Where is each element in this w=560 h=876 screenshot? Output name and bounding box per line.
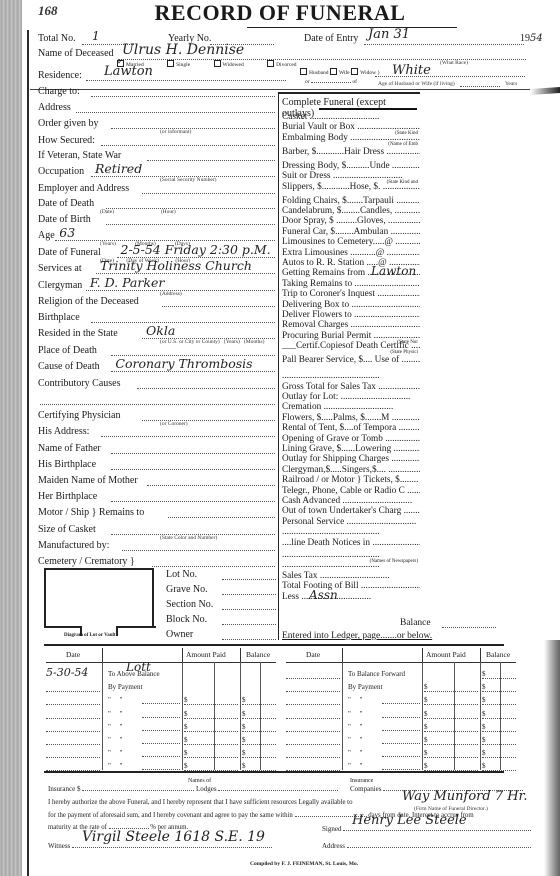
auth-line-2-text: for the payment of aforesaid sum, and I … xyxy=(48,812,293,819)
ledger-balance[interactable]: $ xyxy=(482,710,516,719)
husband-label: Husband xyxy=(309,70,329,76)
date-of-entry-line xyxy=(364,44,524,45)
ledger-description: " " xyxy=(108,696,122,704)
charge-dots: .............................. xyxy=(386,216,420,226)
field-label: Maiden Name of Mother xyxy=(38,475,138,486)
charge-label: Procuring Burial Permit xyxy=(282,331,371,341)
field-label: How Secured: xyxy=(38,135,95,146)
charge-dots: .............................. xyxy=(344,517,416,527)
divorced-label: Divorced xyxy=(276,62,296,68)
signed-value[interactable]: Henry Lee Steele xyxy=(352,813,467,828)
ledger-description: " " xyxy=(108,762,122,770)
ledger-amount[interactable]: $ xyxy=(184,723,238,732)
charge-item[interactable]: Rental of Tent, $....of Tempora ........… xyxy=(282,423,420,433)
ledger-balance[interactable]: $ xyxy=(242,723,276,732)
ledger-date[interactable] xyxy=(286,736,340,745)
ledger-date[interactable] xyxy=(46,736,100,745)
year-prefix: 19 xyxy=(520,33,530,44)
field-input[interactable] xyxy=(111,453,275,454)
charge-item[interactable]: Out of town Undertaker's Charg .........… xyxy=(282,506,420,516)
lot-field-label: Block No. xyxy=(166,614,207,625)
field-row: Place of Death xyxy=(38,345,97,356)
lot-field-row: Section No. xyxy=(166,599,213,610)
field-row: Date of Funeral xyxy=(38,247,101,258)
witness-label: Witness xyxy=(48,842,70,850)
field-value[interactable]: 63 xyxy=(59,225,75,240)
single-label: Single xyxy=(176,62,190,68)
charge-dots: .............................. xyxy=(386,465,420,475)
checkbox-divorced[interactable] xyxy=(267,60,274,67)
field-row: Occupation xyxy=(38,166,84,177)
ledger-divider xyxy=(240,648,241,662)
ledger-column-rule xyxy=(422,662,423,770)
ledger-detail-line xyxy=(142,696,180,704)
checkbox-husband[interactable] xyxy=(300,68,307,75)
balance-row: Balance xyxy=(400,618,431,628)
ledger-column-rule xyxy=(102,662,103,770)
field-input[interactable] xyxy=(111,128,275,129)
field-label: Resided in the State xyxy=(38,328,118,339)
wife-label: Wife xyxy=(339,70,350,76)
checkbox-single[interactable] xyxy=(167,60,174,67)
ledger-description: " " xyxy=(348,710,362,718)
charge-label: Lining Grave, $......Lowering xyxy=(282,444,391,454)
charge-item[interactable]: Cash Advanced ..........................… xyxy=(282,496,420,506)
ledger-amount[interactable]: $ xyxy=(424,723,478,732)
ledger-detail-line xyxy=(382,696,420,704)
address-field[interactable] xyxy=(347,847,531,848)
lot-field-input[interactable] xyxy=(222,639,276,640)
charge-dots: .............................. xyxy=(384,248,420,258)
charge-label: Opening of Grave or Tomb xyxy=(282,434,383,444)
field-row: Certifying Physician xyxy=(38,410,121,421)
insurance-row: Insurance $ Lodges xyxy=(48,785,338,793)
charge-item[interactable]: Telegr., Phone, Cable or Radio C .......… xyxy=(282,486,420,496)
lot-field-input[interactable] xyxy=(222,594,276,595)
ledger-column-rule xyxy=(214,662,215,770)
charge-item[interactable]: Folding Chairs, $.......Tarpauli .......… xyxy=(282,196,420,206)
lot-field-label: Lot No. xyxy=(166,569,197,580)
charge-label: Removal Charges xyxy=(282,320,348,330)
widow-label: Widow xyxy=(360,70,376,76)
ledger-date[interactable] xyxy=(286,749,340,758)
witness-line xyxy=(72,847,272,848)
ledger-date[interactable] xyxy=(46,723,100,732)
charge-item[interactable]: Gross Total for Sales Tax ..............… xyxy=(282,382,420,392)
field-row: Employer and Address xyxy=(38,183,129,194)
ledger-date[interactable] xyxy=(286,670,340,679)
ledger-divider xyxy=(182,648,183,662)
charge-dots: .............................. xyxy=(389,413,420,423)
signed-label: Signed xyxy=(322,825,341,833)
insurance-label: Insurance $ xyxy=(48,785,80,793)
ledger-column-header: Amount Paid xyxy=(186,650,226,659)
field-value[interactable]: Trinity Holiness Church xyxy=(100,258,252,273)
spouse-of: of xyxy=(352,79,357,85)
field-caption: (Social Security Number) xyxy=(160,177,217,183)
field-label: Motor / Ship } Remains to xyxy=(38,507,144,518)
field-value[interactable]: F. D. Parker xyxy=(90,275,164,290)
ledger-detail-line xyxy=(382,710,420,718)
charge-label: Getting Remains from xyxy=(282,268,365,278)
ledger-column-rule xyxy=(260,662,261,770)
ledger-bottom-rule xyxy=(44,771,504,773)
field-label: Date of Funeral xyxy=(38,247,101,258)
charge-item[interactable]: Cremation .............................. xyxy=(282,402,420,412)
field-label: Charge to: xyxy=(38,86,80,97)
checkbox-widow[interactable] xyxy=(351,68,358,75)
charge-item[interactable]: Taking Remains to ......................… xyxy=(282,279,420,289)
charge-label: Flowers, $.....Palms, $.......M xyxy=(282,413,389,423)
ledger-amount[interactable] xyxy=(184,683,238,692)
field-input[interactable] xyxy=(162,306,275,307)
ledger-description: By Payment xyxy=(108,683,142,691)
ledger-amount[interactable] xyxy=(184,670,238,679)
ledger-description: " " xyxy=(348,762,362,770)
field-input[interactable] xyxy=(111,469,275,470)
charge-label: Outlay for Lot: xyxy=(282,392,338,402)
charge-item[interactable]: Pall Bearer Service, $.... Use of ......… xyxy=(282,355,420,365)
charge-item[interactable]: Delivering Box to ......................… xyxy=(282,300,420,310)
charge-dots: .............................. xyxy=(370,538,420,548)
name-label: Name of Deceased xyxy=(38,48,114,59)
marital-widowed[interactable]: Widowed xyxy=(214,62,244,68)
charge-item[interactable]: Total Footing of Bill ..................… xyxy=(282,581,420,591)
race-value[interactable]: White xyxy=(392,63,431,78)
ledger-amount[interactable]: $ xyxy=(184,736,238,745)
diagram-leg xyxy=(116,626,118,636)
ledger-date[interactable]: 5-30-54 xyxy=(46,666,100,675)
field-caption: (State Color and Number) xyxy=(160,535,217,541)
ledger-amount[interactable]: $ xyxy=(424,736,478,745)
field-label: His Birthplace xyxy=(38,459,96,470)
name-row: Name of Deceased xyxy=(38,48,114,59)
charge-dots: .............................. xyxy=(321,402,393,412)
auth-line-1: I hereby authorize the above Funeral, an… xyxy=(48,799,352,806)
field-row: Services at xyxy=(38,263,82,274)
field-value[interactable]: Coronary Thrombosis xyxy=(115,356,252,371)
lot-field-input[interactable] xyxy=(222,624,276,625)
charge-dots: .............................. xyxy=(352,279,420,289)
field-caption: (Date) (Hour) xyxy=(100,209,176,215)
charge-dots: .............................. xyxy=(383,434,420,444)
charge-item[interactable]: Opening of Grave or Tomb ...............… xyxy=(282,434,420,444)
lot-field-label: Owner xyxy=(166,629,193,640)
race-caption: (What Race) xyxy=(440,60,468,66)
total-no-value[interactable]: 1 xyxy=(92,29,100,43)
ledger-balance[interactable]: $ xyxy=(242,736,276,745)
field-row: Size of Casket xyxy=(38,524,96,535)
ledger-date[interactable] xyxy=(46,749,100,758)
charge-label: Gross Total for Sales Tax xyxy=(282,382,376,392)
residence-line xyxy=(86,80,286,81)
field-input[interactable] xyxy=(142,193,275,194)
ledger-balance[interactable] xyxy=(242,670,276,679)
field-input[interactable] xyxy=(147,485,275,486)
charge-item[interactable]: Clergyman,$.....Singers,$.... ..........… xyxy=(282,465,420,475)
charge-dots: .............................. xyxy=(384,147,420,157)
ledger-description: " " xyxy=(348,749,362,757)
field-caption: (or informant) xyxy=(160,129,191,135)
field-row: Address xyxy=(38,102,71,113)
charge-dots: .............................. xyxy=(389,454,420,464)
lodges-label-top: Names of xyxy=(188,778,211,784)
charge-value[interactable]: Lawton xyxy=(371,264,416,278)
compiled-by: Compiled by F. J. FEINEMAN, St. Louis, M… xyxy=(250,861,358,867)
date-of-entry-value[interactable]: Jan 31 xyxy=(368,27,410,42)
ledger-balance[interactable]: $ xyxy=(482,683,516,692)
lot-field-row: Grave No. xyxy=(166,584,208,595)
charge-item[interactable]: Funeral Car, $........Ambulan ..........… xyxy=(282,227,420,237)
field-input[interactable] xyxy=(168,517,276,518)
charge-label: Taking Remains to xyxy=(282,279,352,289)
field-input[interactable] xyxy=(111,501,275,502)
ledger-date[interactable] xyxy=(46,683,100,692)
year-value[interactable]: 54 xyxy=(530,33,543,44)
lot-field-input[interactable] xyxy=(222,579,276,580)
field-label: His Address: xyxy=(38,426,89,437)
charge-label: Out of town Undertaker's Charg xyxy=(282,506,401,516)
charge-item[interactable]: Door Spray, $ .........Gloves, .........… xyxy=(282,216,420,226)
lot-field-input[interactable] xyxy=(222,609,276,610)
charge-dots: .............................. xyxy=(376,382,420,392)
charge-label: Slippers, $............Hose, $. xyxy=(282,182,380,192)
ledger-balance[interactable]: $ xyxy=(242,710,276,719)
ledger-balance[interactable]: $ xyxy=(482,723,516,732)
widowed-label: Widowed xyxy=(223,62,244,68)
field-label: Place of Death xyxy=(38,345,97,356)
firm-name-value[interactable]: Way Munford 7 Hr. xyxy=(402,789,527,804)
field-row: Religion of the Deceased xyxy=(38,296,139,307)
charge-label: Clergyman,$.....Singers,$.... xyxy=(282,465,386,475)
field-input[interactable] xyxy=(147,160,275,161)
field-input[interactable] xyxy=(91,96,275,97)
title-rule xyxy=(247,27,457,28)
charge-item[interactable]: Outlay for Lot: ........................… xyxy=(282,392,420,402)
field-input[interactable] xyxy=(40,404,275,405)
field-value[interactable]: Retired xyxy=(95,161,142,176)
charge-label: Limousines to Cemetery.....@ xyxy=(282,237,393,247)
marital-single[interactable]: Single xyxy=(167,62,190,68)
total-no-label: Total No. xyxy=(38,33,76,44)
charge-item[interactable]: Less .............................. xyxy=(282,592,420,602)
charge-item[interactable]: Limousines to Cemetery.....@ ...........… xyxy=(282,237,420,247)
charge-item[interactable]: Candelabrum, $........Candles, .........… xyxy=(282,206,420,216)
charge-label: Trip to Coroner's Inquest xyxy=(282,289,375,299)
field-input[interactable] xyxy=(122,550,275,551)
charge-label: Sales Tax xyxy=(282,571,318,581)
field-input[interactable] xyxy=(111,371,275,372)
charge-item[interactable]: ........................................… xyxy=(282,371,420,381)
ledger-column-header: Amount Paid xyxy=(426,650,466,659)
lot-diagram-box[interactable] xyxy=(44,568,154,628)
field-label: Her Birthplace xyxy=(38,491,97,502)
field-input[interactable] xyxy=(101,436,275,437)
field-row: If Veteran, State War xyxy=(38,150,121,161)
ledger-description: " " xyxy=(108,710,122,718)
ledger-amount[interactable]: $ xyxy=(184,749,238,758)
charge-dots: .............................. xyxy=(393,237,420,247)
charge-dots: .............................. xyxy=(359,581,420,591)
charge-label: ....line Death Notices in xyxy=(282,538,370,548)
ledger-amount[interactable]: $ xyxy=(424,683,478,692)
field-row: Cause of Death xyxy=(38,361,100,372)
charge-item[interactable]: Personal Service .......................… xyxy=(282,517,420,527)
charge-dots: .............................. xyxy=(375,289,420,299)
year-field: 1954 xyxy=(520,33,543,44)
ledger-description: " " xyxy=(348,736,362,744)
charge-dots: .............................. xyxy=(399,355,420,365)
ledger-date[interactable] xyxy=(286,683,340,692)
field-label: Name of Father xyxy=(38,443,101,454)
ledger-amount[interactable]: $ xyxy=(184,710,238,719)
charge-item[interactable]: ........................................… xyxy=(282,560,420,570)
witness-value[interactable]: Virgil Steele 1618 S.E. 19 xyxy=(82,829,265,845)
field-input[interactable] xyxy=(91,322,275,323)
field-input[interactable] xyxy=(101,145,275,146)
field-label: Address xyxy=(38,102,71,113)
charge-label: Deliver Flowers to xyxy=(282,310,352,320)
charge-item[interactable]: Dressing Body, $..........Unde .........… xyxy=(282,161,420,171)
charge-item[interactable]: Slippers, $............Hose, $. ........… xyxy=(282,182,420,192)
charges-panel: Complete Funeral (except outlays) Casket… xyxy=(278,94,420,640)
field-input[interactable] xyxy=(76,112,275,113)
ledger-detail-line xyxy=(142,710,180,718)
lot-field-label: Section No. xyxy=(166,599,213,610)
ledger-top-rule xyxy=(44,644,504,646)
charge-label: Cremation xyxy=(282,402,321,412)
ledger-column-rule xyxy=(454,662,455,770)
deceased-name-value[interactable]: Ulrus H. Dennise xyxy=(122,42,244,58)
residence-value[interactable]: Lawton xyxy=(104,64,153,79)
charge-item[interactable]: Railroad / or Motor } Tickets, $........… xyxy=(282,475,420,485)
charge-item[interactable]: Trip to Coroner's Inquest ..............… xyxy=(282,289,420,299)
charge-item[interactable]: ....line Death Notices in ..............… xyxy=(282,538,420,548)
ledger-amount[interactable]: $ xyxy=(424,710,478,719)
charge-item[interactable]: Barber, $............Hair Dress ........… xyxy=(282,147,420,157)
ledger-divider xyxy=(342,648,343,662)
charge-dots: .............................. xyxy=(349,300,420,310)
ledger-divider xyxy=(480,648,481,662)
ledger-balance[interactable]: $ xyxy=(482,696,516,705)
balance-field[interactable] xyxy=(442,627,496,628)
lodges-field[interactable] xyxy=(218,790,338,791)
charge-item[interactable]: Deliver Flowers to .....................… xyxy=(282,310,420,320)
checkbox-wife[interactable] xyxy=(330,68,337,75)
charge-label: Suit or Dress xyxy=(282,171,331,181)
residence-label: Residence: xyxy=(38,70,82,81)
field-row: His Birthplace xyxy=(38,459,96,470)
field-input[interactable] xyxy=(106,224,275,225)
field-input[interactable] xyxy=(96,273,275,274)
ledger-detail-line xyxy=(142,762,180,770)
marital-divorced[interactable]: Divorced xyxy=(267,62,296,68)
ledger-balance[interactable]: $ xyxy=(482,749,516,758)
lot-field-label: Grave No. xyxy=(166,584,208,595)
ledger-balance[interactable] xyxy=(242,683,276,692)
charge-item[interactable]: Sales Tax .............................. xyxy=(282,571,420,581)
field-value[interactable]: 2-5-54 Friday 2:30 p.M. xyxy=(121,242,271,257)
lot-field-row: Lot No. xyxy=(166,569,197,580)
charge-label: Cash Advanced xyxy=(282,496,340,506)
ledger-handwritten-note[interactable]: Lott xyxy=(126,660,151,674)
charge-item[interactable]: Lining Grave, $......Lowering ..........… xyxy=(282,444,420,454)
ledger-date[interactable] xyxy=(46,696,100,705)
ledger-amount[interactable]: $ xyxy=(424,696,478,705)
ledger-date[interactable] xyxy=(286,723,340,732)
field-label: Date of Birth xyxy=(38,214,91,225)
field-row: Date of Birth xyxy=(38,214,91,225)
charge-item[interactable]: Flowers, $.....Palms, $.......M ........… xyxy=(282,413,420,423)
field-label: Religion of the Deceased xyxy=(38,296,139,307)
spouse-age-field[interactable] xyxy=(460,86,500,87)
ledger-date[interactable] xyxy=(286,710,340,719)
charge-label: Personal Service xyxy=(282,517,344,527)
ledger-balance[interactable]: $ xyxy=(482,736,516,745)
field-caption: (Address) xyxy=(160,291,182,297)
charge-value[interactable]: Assn xyxy=(309,588,338,602)
header-divider xyxy=(30,89,530,90)
charge-label: Dressing Body, $..........Unde xyxy=(282,161,390,171)
field-row: Age xyxy=(38,230,55,241)
field-label: Certifying Physician xyxy=(38,410,121,421)
spouse-age-suffix: Years xyxy=(505,81,517,87)
ledger-balance[interactable]: $ xyxy=(242,696,276,705)
ledger-date[interactable] xyxy=(46,710,100,719)
field-row: Her Birthplace xyxy=(38,491,97,502)
field-input[interactable] xyxy=(137,388,275,389)
charge-dots: .............................. xyxy=(394,196,420,206)
spouse-age-label: Age of Husband or Wife (if living) xyxy=(378,81,455,87)
page-shadow xyxy=(544,640,560,876)
spouse-name-field[interactable] xyxy=(311,82,351,83)
charge-item[interactable]: Outlay for Shipping Charges ............… xyxy=(282,454,420,464)
ledger-balance[interactable]: $ xyxy=(242,749,276,758)
ledger-column-header: Date xyxy=(66,650,80,659)
ledger-amount[interactable]: $ xyxy=(184,696,238,705)
charge-dots: .............................. xyxy=(396,423,420,433)
charge-item[interactable]: Casket .............................. xyxy=(282,112,420,122)
companies-label-top: Insurance xyxy=(350,778,373,784)
charge-dots: .............................. xyxy=(380,182,420,192)
ledger-balance[interactable]: $ xyxy=(482,670,516,679)
checkbox-widowed[interactable] xyxy=(214,60,221,67)
ledger-amount[interactable] xyxy=(424,670,478,679)
charge-dots: .............................. xyxy=(340,496,412,506)
ledger-date[interactable] xyxy=(286,696,340,705)
field-row: How Secured: xyxy=(38,135,95,146)
charge-label: Less xyxy=(282,592,299,602)
address-row: Address xyxy=(322,842,531,850)
charges-heading-rule xyxy=(319,108,417,110)
charge-item[interactable]: Extra Limousines ...........@ ..........… xyxy=(282,248,420,258)
field-label: Occupation xyxy=(38,166,84,177)
insurance-field[interactable] xyxy=(82,790,194,791)
charge-item[interactable]: Removal Charges ........................… xyxy=(282,320,420,330)
spouse-or: or xyxy=(305,79,310,85)
residence-row: Residence: xyxy=(38,70,82,81)
binder-edge xyxy=(0,0,22,876)
charge-label: Outlay for Shipping Charges xyxy=(282,454,389,464)
ledger-detail-line xyxy=(382,736,420,744)
ledger-amount[interactable]: $ xyxy=(424,749,478,758)
field-caption: (or Coroner) xyxy=(160,421,188,427)
field-label: Cause of Death xyxy=(38,361,100,372)
charge-item[interactable]: ........................................… xyxy=(282,527,420,537)
field-value[interactable]: Okla xyxy=(146,323,175,338)
field-input[interactable] xyxy=(152,566,275,567)
field-label: Clergyman xyxy=(38,280,82,291)
